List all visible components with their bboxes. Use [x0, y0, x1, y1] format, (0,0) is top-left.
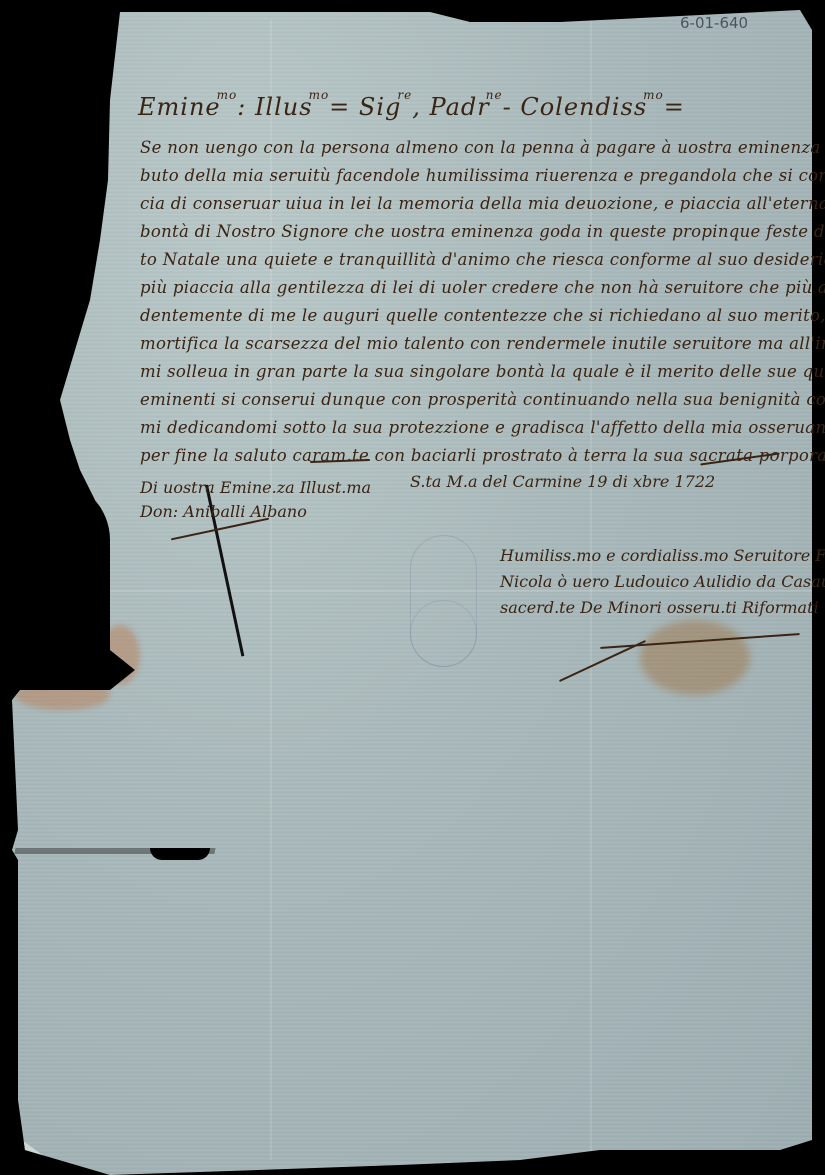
- signature-line: Humiliss.mo e cordialiss.mo Seruitore F.…: [500, 546, 825, 565]
- missing-paper-area: [0, 480, 110, 685]
- body-line: cia di conseruar uiua in lei la memoria …: [140, 194, 825, 213]
- place-date: S.ta M.a del Carmine 19 di xbre 1722: [410, 472, 715, 491]
- body-line: buto della mia seruitù facendole humilis…: [140, 166, 825, 185]
- body-line: bontà di Nostro Signore che uostra emine…: [140, 222, 825, 241]
- superscript: re: [397, 88, 412, 102]
- body-line: Se non uengo con la persona almeno con l…: [140, 138, 825, 157]
- body-line: dentemente di me le auguri quelle conten…: [140, 306, 825, 325]
- salutation-word: Emine: [138, 93, 221, 121]
- folded-corner: [15, 1135, 70, 1175]
- tear-hole: [150, 848, 210, 860]
- body-line: eminenti si conserui dunque con prosperi…: [140, 390, 825, 409]
- salutation-word: Sig: [359, 93, 401, 121]
- brown-stain: [640, 620, 750, 695]
- body-line: mi dedicandomi sotto la sua protezzione …: [140, 418, 825, 437]
- signature-line: Nicola ò uero Ludouico Aulidio da Casaur…: [500, 572, 825, 591]
- superscript: mo: [217, 88, 238, 102]
- salutation-word: Padr: [430, 93, 490, 121]
- address-line: Di uostra Emine.za Illust.ma: [140, 478, 371, 497]
- body-line: più piaccia alla gentilezza di lei di uo…: [140, 278, 825, 297]
- signature-line: sacerd.te De Minori osseru.ti Riformati: [500, 598, 819, 617]
- address-line: Don: Aniballi Albano: [140, 502, 307, 521]
- salutation-word: Illus: [255, 93, 313, 121]
- body-line: mortifica la scarsezza del mio talento c…: [140, 334, 825, 353]
- archive-number: 6-01-640: [680, 14, 748, 32]
- salutation: Eminemo: Illusmo= Sigre, Padrne- Colendi…: [138, 88, 685, 121]
- superscript: mo: [643, 88, 664, 102]
- watermark: [410, 600, 477, 667]
- body-line: to Natale una quiete e tranquillità d'an…: [140, 250, 825, 269]
- superscript: ne: [486, 88, 503, 102]
- superscript: mo: [309, 88, 330, 102]
- salutation-word: Colendiss: [520, 93, 647, 121]
- body-line: mi solleua in gran parte la sua singolar…: [140, 362, 825, 381]
